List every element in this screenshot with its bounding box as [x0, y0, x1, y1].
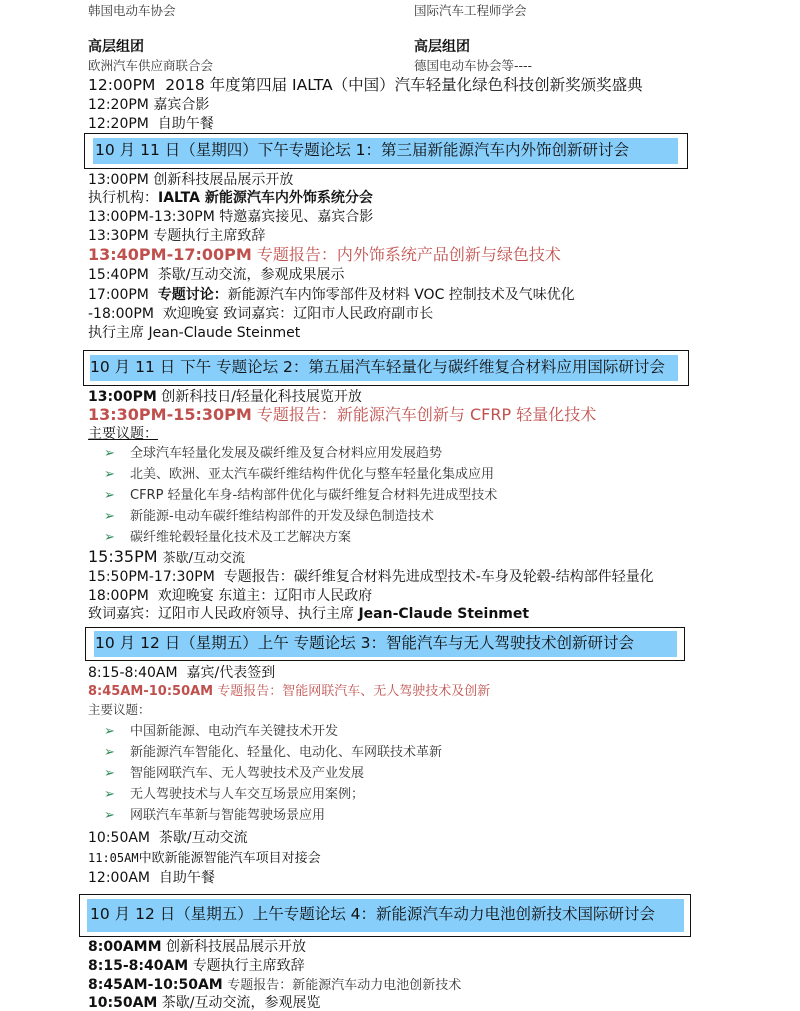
forum3-after-3: 12:00AM 自助午餐 [88, 871, 215, 885]
forum3-topics-label: 主要议题： [88, 704, 151, 717]
bullet-arrow-icon: ➢ [104, 788, 115, 801]
forum1-line-3: 13:00PM-13:30PM 特邀嘉宾接见、嘉宾合影 [88, 210, 373, 224]
forum4-title: 10 月 12 日（星期五）上午专题论坛 4：新能源汽车动力电池创新技术国际研讨… [90, 907, 655, 923]
bullet-arrow-icon: ➢ [104, 531, 115, 544]
forum1-line-9: 执行主席 Jean-Claude Steinmet [88, 326, 300, 340]
bullet-arrow-icon: ➢ [104, 725, 115, 738]
forum2-title: 10 月 11 日 下午 专题论坛 2：第五届汽车轻量化与碳纤维复合材料应用国际… [90, 360, 665, 376]
forum2-topics-label: 主要议题： [88, 427, 158, 441]
forum1-line-8: -18:00PM 欢迎晚宴 致词嘉宾：辽阳市人民政府副市长 [88, 307, 433, 321]
opening-line-3: 12:20PM 自助午餐 [88, 117, 214, 131]
org-right-2: 高层组团 [414, 40, 470, 54]
forum2-after-1: 15:35PM 茶歇/互动交流 [88, 549, 245, 565]
forum4-line-2: 8:15-8:40AM 专题执行主席致辞 [88, 959, 305, 973]
forum3-after-1: 10:50AM 茶歇/互动交流 [88, 831, 248, 845]
bullet-arrow-icon: ➢ [104, 489, 115, 502]
forum2-topic-3: CFRP 轻量化车身-结构部件优化与碳纤维复合材料先进成型技术 [130, 489, 497, 502]
forum1-line-2: 执行机构：IALTA 新能源汽车内外饰系统分会 [88, 191, 373, 205]
forum1-line-7: 17:00PM 专题讨论：新能源汽车内饰零部件及材料 VOC 控制技术及气味优化 [88, 288, 575, 302]
opening-line-1: 12:00PM 2018 年度第四届 IALTA（中国）汽车轻量化绿色科技创新奖… [88, 78, 643, 94]
org-left-1: 韩国电动车协会 [88, 5, 176, 18]
forum1-report: 13:40PM-17:00PM 专题报告：内外饰系统产品创新与绿色技术 [88, 247, 561, 263]
forum1-line-6: 15:40PM 茶歇/互动交流，参观成果展示 [88, 268, 345, 282]
bullet-arrow-icon: ➢ [104, 510, 115, 523]
forum3-report: 8:45AM-10:50AM 专题报告：智能网联汽车、无人驾驶技术及创新 [88, 685, 490, 698]
forum2-topic-4: 新能源-电动车碳纤维结构部件的开发及绿色制造技术 [130, 510, 434, 523]
forum4-line-1: 8:00AMM 创新科技展品展示开放 [88, 940, 306, 954]
org-left-3: 欧洲汽车供应商联合会 [88, 60, 213, 73]
forum3-topic-1: 中国新能源、电动汽车关键技术开发 [130, 725, 338, 738]
org-right-3: 德国电动车协会等---- [414, 60, 532, 73]
forum3-topic-2: 新能源汽车智能化、轻量化、电动化、车网联技术革新 [130, 746, 442, 759]
forum2-line-1: 13:00PM 创新科技日/轻量化科技展览开放 [88, 390, 362, 404]
forum3-topic-5: 网联汽车革新与智能驾驶场景应用 [130, 809, 325, 822]
forum1-line-1: 13:00PM 创新科技展品展示开放 [88, 173, 293, 187]
forum2-report: 13:30PM-15:30PM 专题报告：新能源汽车创新与 CFRP 轻量化技术 [88, 407, 596, 423]
forum1-line-4: 13:30PM 专题执行主席致辞 [88, 229, 265, 243]
forum2-topic-1: 全球汽车轻量化发展及碳纤维及复合材料应用发展趋势 [130, 447, 442, 460]
bullet-arrow-icon: ➢ [104, 767, 115, 780]
bullet-arrow-icon: ➢ [104, 809, 115, 822]
forum2-after-4: 致词嘉宾：辽阳市人民政府领导、执行主席 Jean-Claude Steinmet [88, 607, 529, 621]
opening-line-2: 12:20PM 嘉宾合影 [88, 98, 209, 112]
org-left-2: 高层组团 [88, 40, 144, 54]
bullet-arrow-icon: ➢ [104, 447, 115, 460]
forum3-title: 10 月 12 日（星期五）上午 专题论坛 3：智能汽车与无人驾驶技术创新研讨会 [95, 636, 634, 652]
bullet-arrow-icon: ➢ [104, 746, 115, 759]
forum4-line-4: 10:50AM 茶歇/互动交流，参观展览 [88, 996, 321, 1010]
forum3-topic-3: 智能网联汽车、无人驾驶技术及产业发展 [130, 767, 364, 780]
forum2-after-2: 15:50PM-17:30PM 专题报告：碳纤维复合材料先进成型技术-车身及轮毂… [88, 570, 654, 584]
forum4-line-3: 8:45AM-10:50AM 专题报告：新能源汽车动力电池创新技术 [88, 978, 461, 992]
forum2-topic-2: 北美、欧洲、亚太汽车碳纤维结构件优化与整车轻量化集成应用 [130, 468, 494, 481]
forum3-after-2: 11:05AM中欧新能源智能汽车项目对接会 [88, 852, 321, 865]
forum3-topic-4: 无人驾驶技术与人车交互场景应用案例； [130, 788, 364, 801]
forum3-line-1: 8:15-8:40AM 嘉宾/代表签到 [88, 666, 275, 680]
forum2-after-3: 18:00PM 欢迎晚宴 东道主：辽阳市人民政府 [88, 589, 372, 603]
org-right-1: 国际汽车工程师学会 [414, 5, 527, 18]
forum1-title: 10 月 11 日（星期四）下午专题论坛 1：第三届新能源汽车内外饰创新研讨会 [95, 143, 629, 159]
forum2-topic-5: 碳纤维轮毂轻量化技术及工艺解决方案 [130, 531, 351, 544]
bullet-arrow-icon: ➢ [104, 468, 115, 481]
